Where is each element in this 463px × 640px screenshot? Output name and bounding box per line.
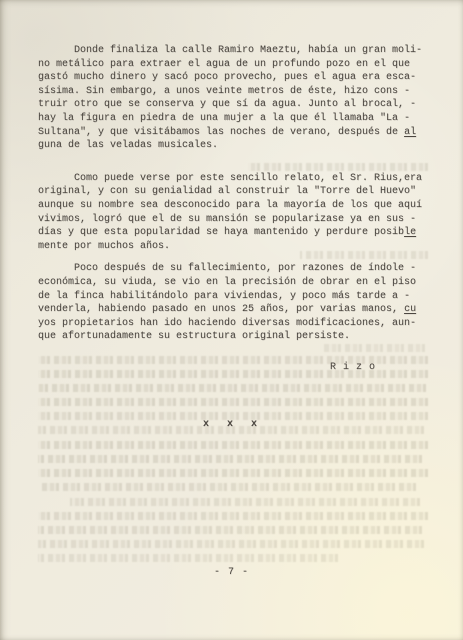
bleed-through-line	[38, 455, 422, 463]
text-line: truir otro que se conserva y que sí da a…	[38, 98, 436, 112]
scanned-page: Donde finaliza la calle Ramiro Maeztu, h…	[0, 0, 463, 640]
text-line: de la finca habilitándolo para viviendas…	[38, 290, 436, 304]
bleed-through-line	[38, 554, 338, 562]
text-line: mente por muchos años.	[38, 240, 436, 254]
text-line: sísima. Sin embargo, a unos veinte metro…	[38, 85, 436, 99]
paragraphs-container: Donde finaliza la calle Ramiro Maeztu, h…	[38, 44, 436, 344]
text-line: no metálico para extraer el agua de un p…	[38, 58, 436, 72]
bleed-through-line	[38, 512, 428, 520]
bleed-through-line	[38, 483, 416, 491]
bleed-through-line	[38, 441, 428, 449]
page-number: - 7 -	[0, 567, 463, 578]
bleed-through-line	[38, 469, 428, 477]
text-line: Como puede verse por este sencillo relat…	[38, 172, 436, 186]
text-line: días y que esta popularidad se haya mant…	[38, 226, 436, 240]
text-line: Sultana", y que visitábamos las noches d…	[38, 126, 436, 140]
bleed-through-line	[38, 540, 424, 548]
bleed-through-line	[70, 498, 420, 506]
text-line: venderla, habiendo pasado en unos 25 año…	[38, 303, 436, 317]
document-body: Donde finaliza la calle Ramiro Maeztu, h…	[38, 44, 436, 432]
text-line: hay la figura en piedra de una mujer a l…	[38, 112, 436, 126]
text-line: económica, su viuda, se vio en la precis…	[38, 276, 436, 290]
paragraph: Poco después de su fallecimiento, por ra…	[38, 262, 436, 344]
section-separator: x x x	[31, 418, 429, 432]
text-line: que afortunadamente su estructura origin…	[38, 330, 436, 344]
text-line: yos propietarios han ido haciendo divers…	[38, 317, 436, 331]
text-line: aunque su nombre sea desconocido para la…	[38, 199, 436, 213]
text-line: Donde finaliza la calle Ramiro Maeztu, h…	[38, 44, 436, 58]
bleed-through-line	[38, 526, 422, 534]
paragraph: Como puede verse por este sencillo relat…	[38, 172, 436, 254]
signature: R i z o	[38, 361, 436, 375]
text-line: vivimos, logró que el de su mansión se p…	[38, 213, 436, 227]
text-line: Poco después de su fallecimiento, por ra…	[38, 262, 436, 276]
paragraph: Donde finaliza la calle Ramiro Maeztu, h…	[38, 44, 436, 153]
text-line: guna de las veladas musicales.	[38, 139, 436, 153]
text-line: gastó mucho dinero y sacó poco provecho,…	[38, 71, 436, 85]
text-line: original, y con su genialidad al constru…	[38, 185, 436, 199]
